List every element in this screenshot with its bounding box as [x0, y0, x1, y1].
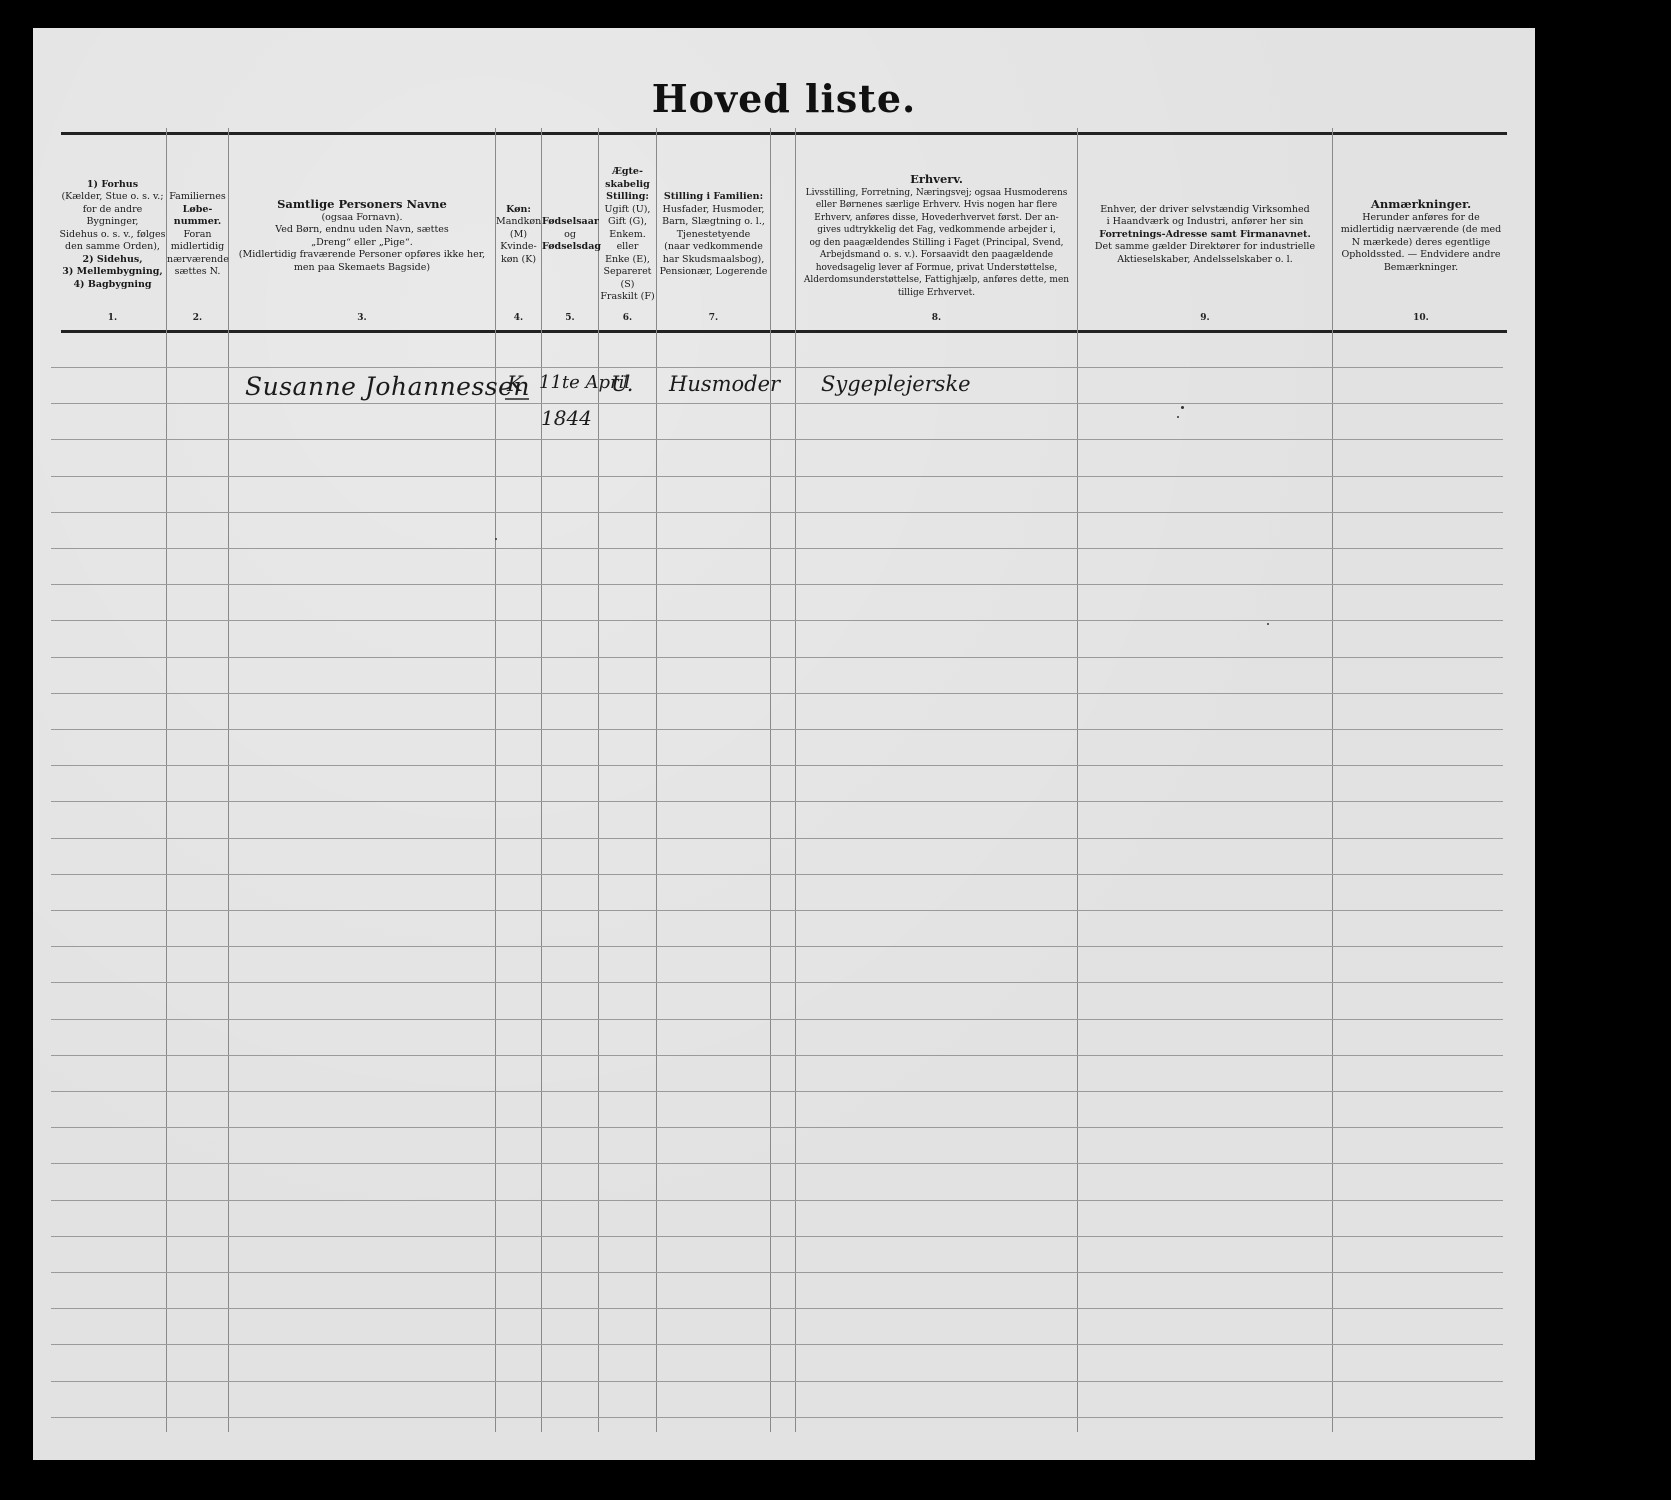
header-line: Husfader, Husmoder, — [657, 204, 770, 217]
column-header-3: Samtlige Personers Navne(ogsaa Fornavn).… — [229, 140, 495, 330]
header-line: midlertidig — [167, 241, 228, 254]
header-line: har Skudsmaalsbog), — [657, 254, 770, 267]
header-line: (Midlertidig fraværende Personer opføres… — [229, 249, 495, 262]
header-line: Livsstilling, Forretning, Næringsvej; og… — [796, 187, 1077, 200]
header-line: Fødselsaar — [542, 216, 598, 229]
header-line: Foran — [167, 229, 228, 242]
column-number: 4. — [496, 313, 541, 323]
ruled-line — [51, 548, 1503, 549]
top-rule — [61, 132, 1507, 135]
entry-sex: K — [505, 372, 529, 400]
ruled-line — [51, 874, 1503, 875]
header-line: Mandkøn — [496, 216, 541, 229]
ruled-line — [51, 584, 1503, 585]
column-number: 7. — [657, 313, 770, 323]
ruled-line — [51, 1200, 1503, 1201]
ruled-line — [51, 1127, 1503, 1128]
header-line: Forretnings-Adresse samt Firmanavnet. — [1078, 229, 1332, 242]
header-line: Enke (E), — [599, 254, 656, 267]
ruled-line — [51, 765, 1503, 766]
column-number: 9. — [1078, 313, 1332, 323]
ruled-line — [51, 657, 1503, 658]
ruled-line — [51, 729, 1503, 730]
ruled-line — [51, 1091, 1503, 1092]
ruled-line — [51, 620, 1503, 621]
ruled-line — [51, 1344, 1503, 1345]
entry-occupation: Sygeplejerske — [821, 372, 971, 396]
column-header-2: FamiliernesLøbe-nummer.Foranmidlertidign… — [167, 140, 228, 330]
column-number: 10. — [1333, 313, 1509, 323]
header-line: Barn, Slægtning o. l., — [657, 216, 770, 229]
header-line: (M) — [496, 229, 541, 242]
column-header-4: Køn:Mandkøn(M)Kvinde-køn (K) — [496, 140, 541, 330]
column-header-8: Erhverv.Livsstilling, Forretning, Næring… — [796, 140, 1077, 330]
header-line: Arbejdsmand o. s. v.). Forsaavidt den pa… — [796, 249, 1077, 262]
ruled-line — [51, 1236, 1503, 1237]
header-line: Pensionær, Logerende — [657, 266, 770, 279]
header-line: hovedsagelig lever af Formue, privat Und… — [796, 262, 1077, 275]
header-line: Ved Børn, endnu uden Navn, sættes — [229, 224, 495, 237]
entry-birth-year: 1844 — [541, 406, 592, 430]
ruled-line — [51, 439, 1503, 440]
column-header-5: FødselsaarogFødselsdag — [542, 140, 598, 330]
header-line: „Dreng“ eller „Pige“. — [229, 237, 495, 250]
ruled-line — [51, 1308, 1503, 1309]
ink-speck — [1181, 406, 1184, 409]
header-line: 4) Bagbygning — [59, 279, 166, 292]
ruled-line — [51, 512, 1503, 513]
ink-speck — [1267, 623, 1269, 625]
column-number: 1. — [59, 313, 166, 323]
header-line: Tjenestetyende — [657, 229, 770, 242]
ruled-line — [51, 1381, 1503, 1382]
ruled-line — [51, 367, 1503, 368]
column-header-10: Anmærkninger.Herunder anføres for demidl… — [1333, 140, 1509, 330]
column-number: 8. — [796, 313, 1077, 323]
header-line: Familiernes — [167, 191, 228, 204]
header-line: skabelig — [599, 179, 656, 192]
header-line: og — [542, 229, 598, 242]
header-line: nærværende — [167, 254, 228, 267]
header-line: eller Børnenes særlige Erhverv. Hvis nog… — [796, 199, 1077, 212]
ruled-line — [51, 1019, 1503, 1020]
header-line: gives udtrykkelig det Fag, vedkommende a… — [796, 224, 1077, 237]
form-title: Hoved liste. — [33, 76, 1535, 121]
header-line: Separeret — [599, 266, 656, 279]
ruled-line — [51, 1163, 1503, 1164]
header-line: tillige Erhvervet. — [796, 287, 1077, 300]
header-line: sættes N. — [167, 266, 228, 279]
header-line: 3) Mellembygning, — [59, 266, 166, 279]
ruled-line — [51, 1417, 1503, 1418]
ink-speck — [1177, 416, 1179, 418]
ruled-line — [51, 910, 1503, 911]
header-line: men paa Skemaets Bagside) — [229, 262, 495, 275]
ruled-line — [51, 838, 1503, 839]
header-line: Sidehus o. s. v., følges — [59, 229, 166, 242]
header-line: Alderdomsunderstøttelse, Fattighjælp, an… — [796, 274, 1077, 287]
column-number: 5. — [542, 313, 598, 323]
header-line: for de andre Bygninger, — [59, 204, 166, 229]
column-header-7: Stilling i Familien:Husfader, Husmoder,B… — [657, 140, 770, 330]
column-header-6: Ægte-skabeligStilling:Ugift (U),Gift (G)… — [599, 140, 656, 330]
header-line: Ægte- — [599, 166, 656, 179]
header-line: Aktieselskaber, Andelsselskaber o. l. — [1078, 254, 1332, 267]
header-line: i Haandværk og Industri, anfører her sin — [1078, 216, 1332, 229]
ruled-line — [51, 1055, 1503, 1056]
ruled-line — [51, 982, 1503, 983]
header-line: (naar vedkommende — [657, 241, 770, 254]
column-number: 2. — [167, 313, 228, 323]
header-line: Erhverv, anføres disse, Hovederhvervet f… — [796, 212, 1077, 225]
column-header-1: 1) Forhus(Kælder, Stue o. s. v.;for de a… — [59, 140, 166, 330]
header-line: Enkem. eller — [599, 229, 656, 254]
header-line: Det samme gælder Direktører for industri… — [1078, 241, 1332, 254]
header-line: (ogsaa Fornavn). — [229, 212, 495, 225]
header-line: Køn: — [496, 204, 541, 217]
column-number: 3. — [229, 313, 495, 323]
header-line: Bemærkninger. — [1333, 262, 1509, 275]
header-line: midlertidig nærværende (de med — [1333, 224, 1509, 237]
ruled-line — [51, 403, 1503, 404]
census-form-page: Hoved liste. 1) Forhus(Kælder, Stue o. s… — [33, 28, 1535, 1460]
header-line: Enhver, der driver selvstændig Virksomhe… — [1078, 204, 1332, 217]
entry-marital-status: U. — [611, 372, 633, 396]
column-header-9: Enhver, der driver selvstændig Virksomhe… — [1078, 140, 1332, 330]
ruled-line — [51, 476, 1503, 477]
ink-speck — [495, 538, 497, 540]
header-rule — [61, 330, 1507, 333]
header-line: (S) — [599, 279, 656, 292]
ruled-line — [51, 693, 1503, 694]
header-line: N mærkede) deres egentlige — [1333, 237, 1509, 250]
header-line: og den paagældendes Stilling i Faget (Pr… — [796, 237, 1077, 250]
ruled-line — [51, 946, 1503, 947]
header-line: nummer. — [167, 216, 228, 229]
header-line: Kvinde- — [496, 241, 541, 254]
column-number: 6. — [599, 313, 656, 323]
ruled-line — [51, 801, 1503, 802]
header-line: Anmærkninger. — [1333, 196, 1509, 212]
header-line: Løbe- — [167, 204, 228, 217]
header-line: Erhverv. — [796, 171, 1077, 187]
header-line: 2) Sidehus, — [59, 254, 166, 267]
header-line: 1) Forhus — [59, 179, 166, 192]
header-line: køn (K) — [496, 254, 541, 267]
header-line: Fødselsdag — [542, 241, 598, 254]
header-line: Gift (G), — [599, 216, 656, 229]
entry-name: Susanne Johannessen — [245, 372, 530, 401]
header-line: Stilling i Familien: — [657, 191, 770, 204]
header-line: Stilling: — [599, 191, 656, 204]
header-line: den samme Orden), — [59, 241, 166, 254]
header-line: Ugift (U), — [599, 204, 656, 217]
header-line: Fraskilt (F) — [599, 291, 656, 304]
header-line: Samtlige Personers Navne — [229, 196, 495, 212]
header-line: Opholdssted. — Endvidere andre — [1333, 249, 1509, 262]
header-line: Herunder anføres for de — [1333, 212, 1509, 225]
ruled-line — [51, 1272, 1503, 1273]
header-line: (Kælder, Stue o. s. v.; — [59, 191, 166, 204]
entry-family-position: Husmoder — [669, 372, 780, 396]
